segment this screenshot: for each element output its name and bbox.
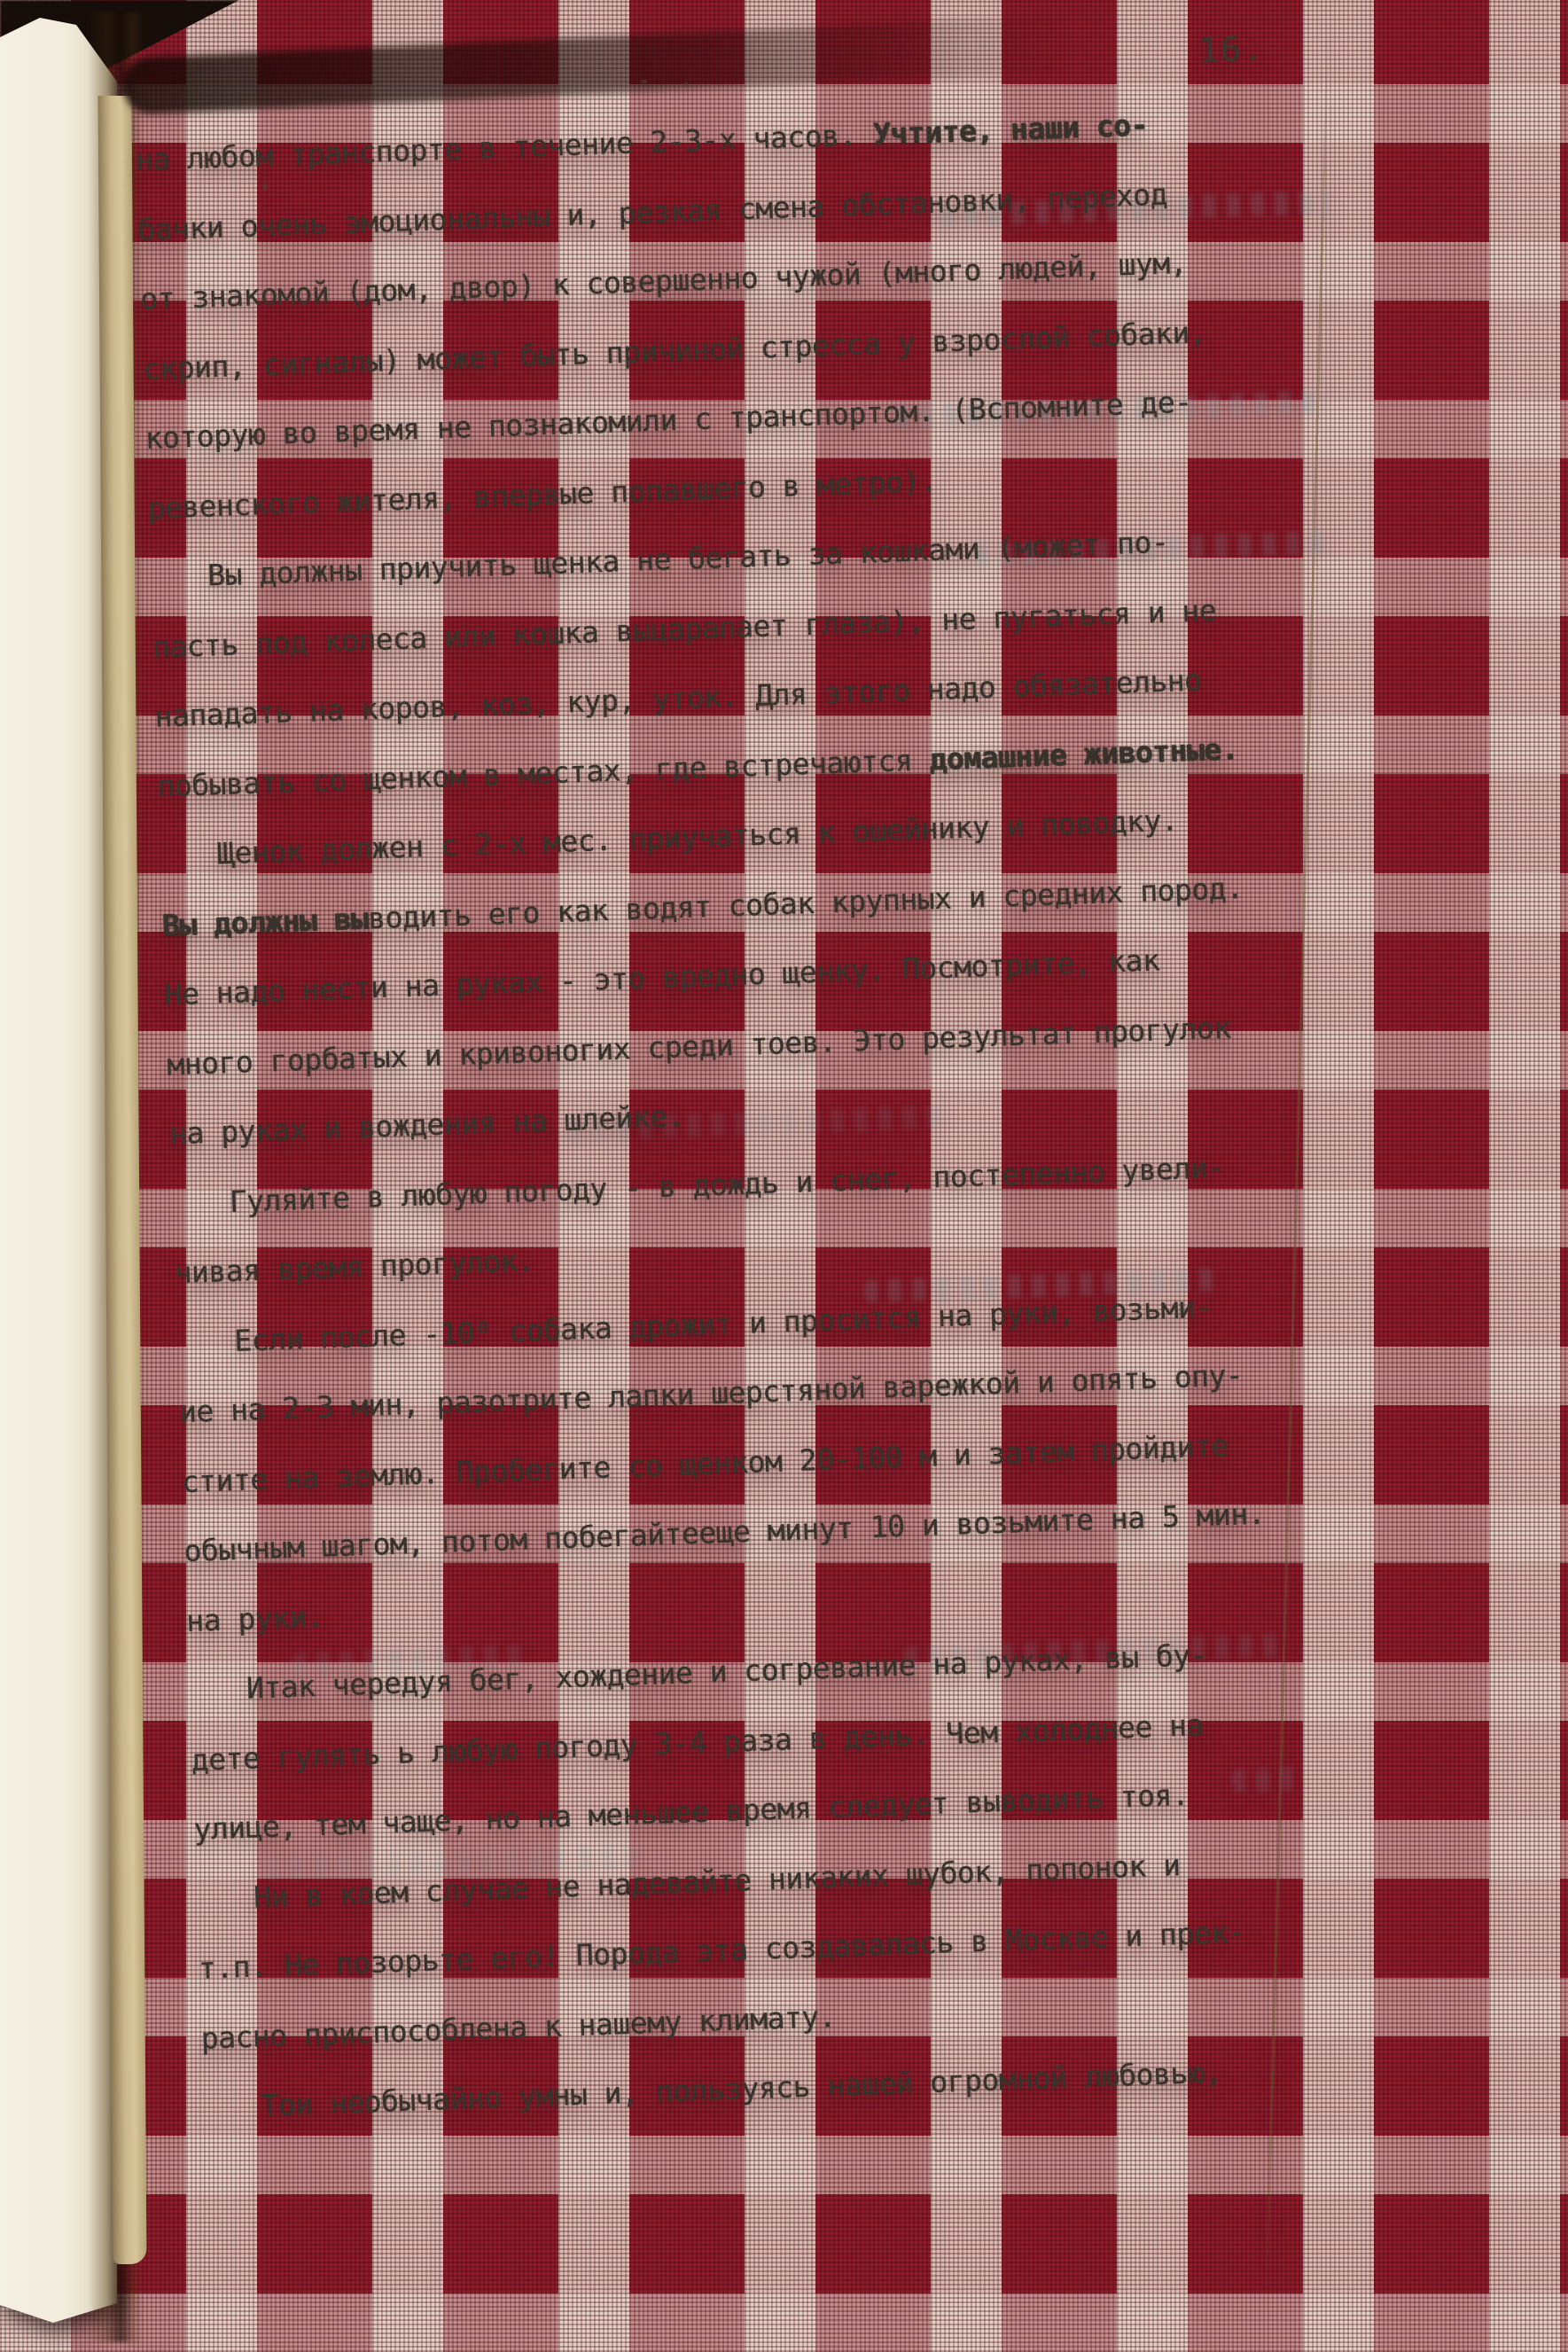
book-photo: 16. на любом транспорте в течение 2-3-х …: [0, 0, 1568, 2352]
text-lines: на любом транспорте в течение 2-3-х часо…: [135, 100, 1389, 2159]
typed-text: на руки.: [186, 1598, 324, 1637]
overstruck-text: Учтите, наши со-: [872, 107, 1148, 152]
page-number: 16.: [1197, 29, 1265, 71]
overstruck-text: Вы должны вы: [161, 901, 369, 942]
ink-speck: [640, 80, 648, 83]
typed-text: на любом транспорте в течение 2-3-х часо…: [135, 117, 874, 177]
top-edge-shadow: [122, 15, 1081, 115]
ink-speck: [684, 82, 688, 88]
